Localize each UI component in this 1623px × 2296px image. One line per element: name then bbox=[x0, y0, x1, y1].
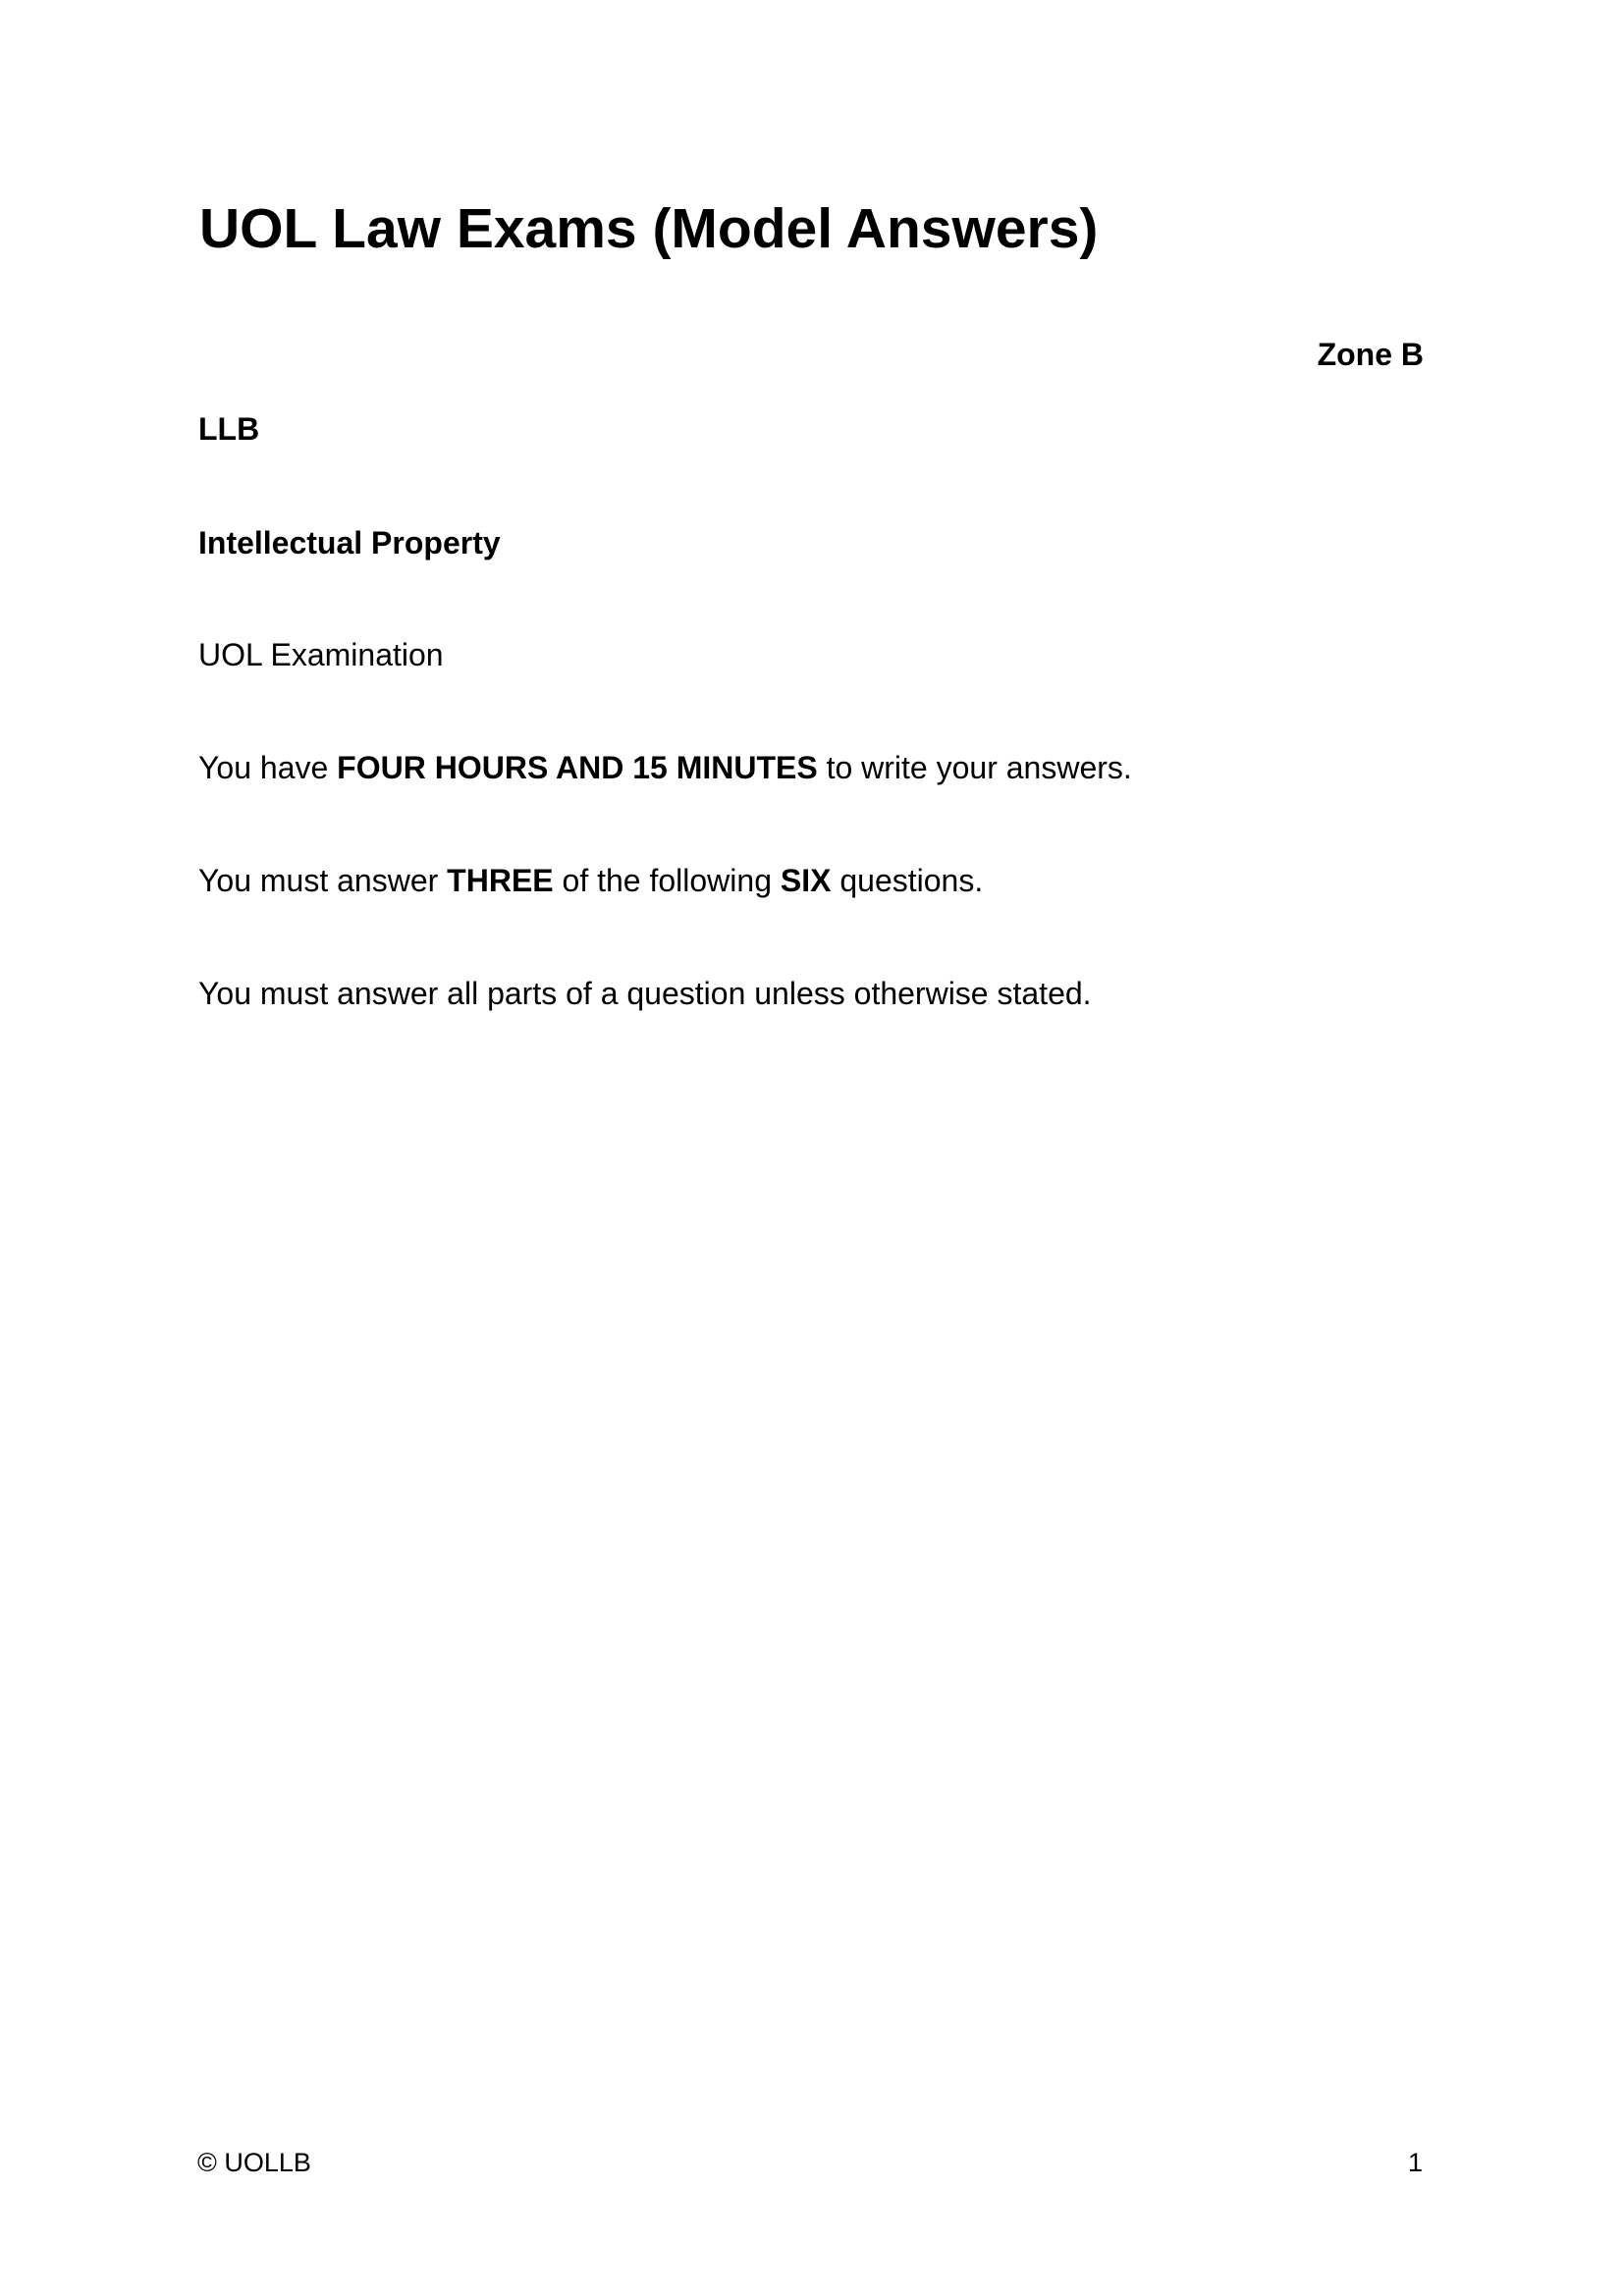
exam-label: UOL Examination bbox=[198, 639, 444, 670]
instruction-emphasis: FOUR HOURS AND 15 MINUTES bbox=[337, 750, 818, 785]
footer-copyright: © UOLLB bbox=[197, 2150, 311, 2176]
instruction-text: questions. bbox=[831, 863, 983, 898]
instruction-emphasis: THREE bbox=[447, 863, 553, 898]
instruction-parts: You must answer all parts of a question … bbox=[198, 978, 1092, 1009]
instruction-text: of the following bbox=[554, 863, 781, 898]
page-number: 1 bbox=[1408, 2150, 1423, 2176]
zone-label: Zone B bbox=[1318, 339, 1424, 370]
subject-label: Intellectual Property bbox=[198, 527, 501, 559]
document-title: UOL Law Exams (Model Answers) bbox=[199, 201, 1098, 257]
instruction-text: to write your answers. bbox=[818, 750, 1132, 785]
instruction-time: You have FOUR HOURS AND 15 MINUTES to wr… bbox=[198, 752, 1132, 783]
instruction-text: You have bbox=[198, 750, 337, 785]
instruction-emphasis: SIX bbox=[781, 863, 832, 898]
instruction-questions: You must answer THREE of the following S… bbox=[198, 865, 983, 896]
degree-label: LLB bbox=[198, 413, 259, 445]
instruction-text: You must answer bbox=[198, 863, 447, 898]
